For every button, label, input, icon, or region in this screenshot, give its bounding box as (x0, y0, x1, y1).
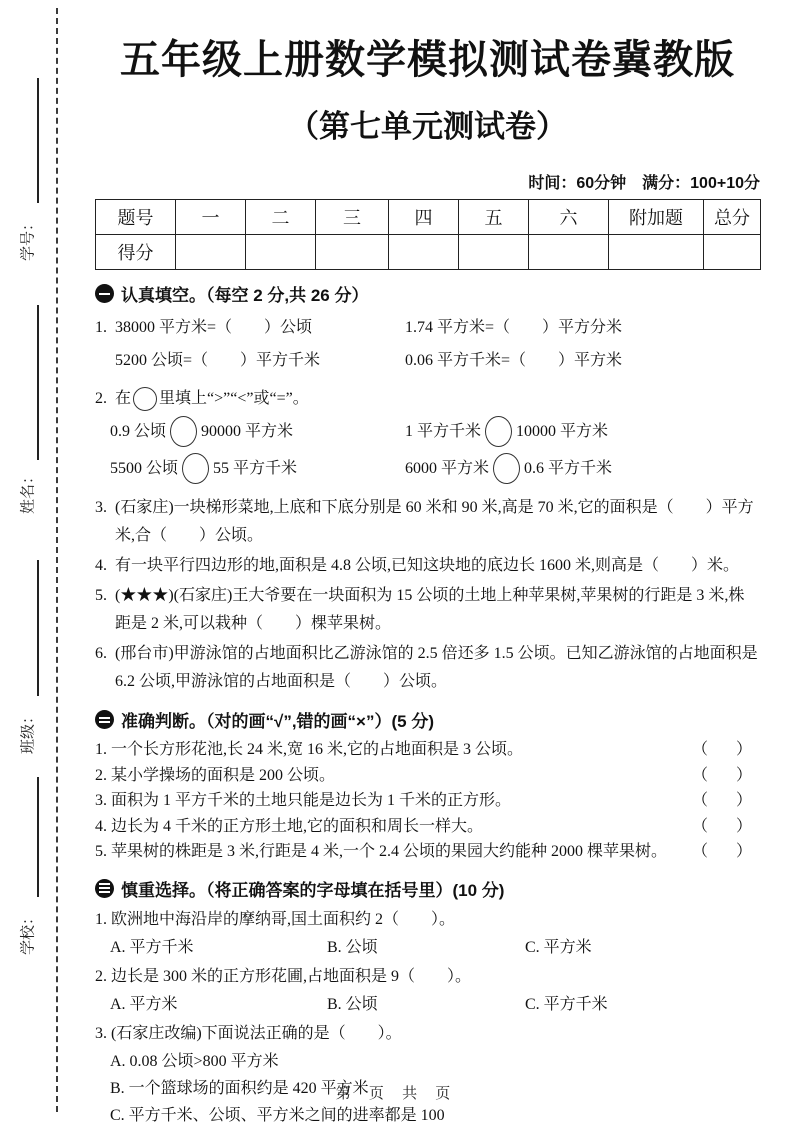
question-number: 4. (95, 552, 115, 580)
fill-q3: 3. (石家庄)一块梯形菜地,上底和下底分别是 60 米和 90 米,高是 70… (95, 494, 760, 550)
time-score-info: 时间：60分钟 满分：100+10分 (95, 170, 760, 193)
paper-subtitle: （第七单元测试卷） (95, 101, 760, 146)
score-header-cell: 题号 (96, 200, 176, 235)
score-cell (176, 235, 246, 270)
section-choice-header: 慎重选择。（将正确答案的字母填在括号里）(10 分) (95, 876, 760, 901)
choice-q1: 1. 欧洲地中海沿岸的摩纳哥,国土面积约 2（ ）。 (95, 906, 760, 934)
compare-circle-blank (485, 416, 512, 447)
compare-circle-blank (493, 453, 520, 484)
score-header-cell: 二 (246, 200, 316, 235)
circled-three-icon (95, 879, 114, 898)
question-text: (邢台市)甲游泳馆的占地面积比乙游泳馆的 2.5 倍还多 1.5 公顷。已知乙游… (115, 640, 760, 696)
option-b: B. 公顷 (327, 934, 525, 961)
option-b: B. 公顷 (327, 991, 525, 1018)
judge-text: 4. 边长为 4 千米的正方形土地,它的面积和周长一样大。 (95, 814, 483, 840)
fill-q4: 4. 有一块平行四边形的地,面积是 4.8 公顷,已知这块地的底边长 1600 … (95, 552, 760, 580)
judge-item: 5. 苹果树的株距是 3 米,行距是 4 米,一个 2.4 公顷的果园大约能种 … (95, 839, 760, 865)
compare-right: 90000 平方米 (201, 413, 293, 450)
option-c: C. 平方千米、公顷、平方米之间的进率都是 100 (95, 1102, 760, 1122)
page-footer: 第 页 共 页 (0, 1082, 793, 1103)
student-name-label: 姓名： (17, 455, 38, 529)
student-id-blank-line (37, 78, 39, 203)
compare-left: 5500 公顷 (110, 450, 178, 487)
question-text: 2. 边长是 300 米的正方形花圃,占地面积是 9（ ）。 (95, 963, 760, 991)
circled-two-icon (95, 710, 114, 729)
compare-circle-blank (133, 387, 157, 411)
class-blank-line (37, 560, 39, 696)
compare-item: 5500 公顷55 平方千米 (95, 450, 405, 487)
compare-item: 6000 平方米0.6 平方千米 (405, 450, 760, 487)
score-cell (316, 235, 389, 270)
section-fill-header: 认真填空。（每空 2 分,共 26 分） (95, 281, 760, 306)
school-label: 学校： (17, 896, 38, 970)
student-id-label: 学号： (17, 202, 38, 276)
judge-item: 4. 边长为 4 千米的正方形土地,它的面积和周长一样大。 （ ） (95, 814, 760, 840)
score-header-cell: 总分 (704, 200, 761, 235)
answer-bracket: （ ） (692, 763, 760, 789)
question-number: 1. (95, 311, 115, 344)
judge-text: 3. 面积为 1 平方千米的土地只能是边长为 1 千米的正方形。 (95, 788, 511, 814)
section-judge-title: 准确判断。（对的画“√”,错的画“×”）(5 分) (121, 707, 434, 732)
answer-bracket: （ ） (692, 788, 760, 814)
cut-dashed-line (56, 8, 58, 1112)
option-a: A. 平方千米 (110, 934, 327, 961)
option-a: A. 平方米 (110, 991, 327, 1018)
score-table: 题号 一 二 三 四 五 六 附加题 总分 得分 (95, 199, 761, 270)
score-cell (529, 235, 609, 270)
judge-item: 3. 面积为 1 平方千米的土地只能是边长为 1 千米的正方形。 （ ） (95, 788, 760, 814)
answer-bracket: （ ） (692, 839, 760, 865)
compare-right: 0.6 平方千米 (524, 450, 612, 487)
choice-q2-options: A. 平方米 B. 公顷 C. 平方千米 (95, 991, 760, 1018)
question-number: 6. (95, 640, 115, 696)
fill-q2-intro-pre: 在 (115, 390, 131, 407)
exam-paper-page: 学号： 姓名： 班级： 学校： 五年级上册数学模拟测试卷冀教版 （第七单元测试卷… (0, 0, 793, 1122)
fill-blank-text: 38000 平方米=（ ）公顷 (115, 311, 312, 344)
score-header-cell: 三 (316, 200, 389, 235)
compare-left: 6000 平方米 (405, 450, 489, 487)
class-label: 班级： (17, 695, 38, 769)
option-c: C. 平方米 (525, 934, 760, 961)
section-judge-header: 准确判断。（对的画“√”,错的画“×”）(5 分) (95, 707, 760, 732)
fill-blank-item: 1. 38000 平方米=（ ）公顷 (95, 311, 405, 344)
question-text: (石家庄)一块梯形菜地,上底和下底分别是 60 米和 90 米,高是 70 米,… (115, 494, 760, 550)
compare-right: 55 平方千米 (213, 450, 297, 487)
student-name-blank-line (37, 305, 39, 460)
fill-q2-intro-text: 在里填上“>”“<”或“=”。 (115, 385, 760, 413)
question-text: 1. 欧洲地中海沿岸的摩纳哥,国土面积约 2（ ）。 (95, 906, 760, 934)
circled-one-icon (95, 284, 114, 303)
compare-item: 1 平方千米10000 平方米 (405, 413, 760, 450)
paper-title: 五年级上册数学模拟测试卷冀教版 (95, 28, 760, 85)
fill-q2-intro-post: 里填上“>”“<”或“=”。 (159, 390, 309, 407)
answer-bracket: （ ） (692, 737, 760, 763)
score-header-cell: 四 (389, 200, 459, 235)
judge-item: 2. 某小学操场的面积是 200 公顷。 （ ） (95, 763, 760, 789)
score-cell (459, 235, 529, 270)
compare-circle-blank (182, 453, 209, 484)
question-text: (★★★)(石家庄)王大爷要在一块面积为 15 公顷的土地上种苹果树,苹果树的行… (115, 582, 760, 638)
score-cell (609, 235, 704, 270)
choice-q3: 3. (石家庄改编)下面说法正确的是（ ）。 (95, 1020, 760, 1048)
score-header-cell: 附加题 (609, 200, 704, 235)
score-header-cell: 六 (529, 200, 609, 235)
score-header-cell: 一 (176, 200, 246, 235)
score-cell (704, 235, 761, 270)
score-table-value-row: 得分 (96, 235, 761, 270)
score-header-cell: 五 (459, 200, 529, 235)
answer-bracket: （ ） (692, 814, 760, 840)
option-c: C. 平方千米 (525, 991, 760, 1018)
question-number: 3. (95, 494, 115, 550)
fill-q6: 6. (邢台市)甲游泳馆的占地面积比乙游泳馆的 2.5 倍还多 1.5 公顷。已… (95, 640, 760, 696)
question-number: 5. (95, 582, 115, 638)
fill-blank-item: 1.74 平方米=（ ）平方分米 (405, 311, 760, 344)
paper-content: 五年级上册数学模拟测试卷冀教版 （第七单元测试卷） 时间：60分钟 满分：100… (95, 0, 760, 1122)
choice-q1-options: A. 平方千米 B. 公顷 C. 平方米 (95, 934, 760, 961)
score-table-header-row: 题号 一 二 三 四 五 六 附加题 总分 (96, 200, 761, 235)
fill-blank-item: 0.06 平方千米=（ ）平方米 (405, 344, 760, 377)
score-cell (389, 235, 459, 270)
fill-q5: 5. (★★★)(石家庄)王大爷要在一块面积为 15 公顷的土地上种苹果树,苹果… (95, 582, 760, 638)
school-blank-line (37, 777, 39, 897)
question-text: 有一块平行四边形的地,面积是 4.8 公顷,已知这块地的底边长 1600 米,则… (115, 552, 760, 580)
fill-q2-intro: 2. 在里填上“>”“<”或“=”。 (95, 385, 760, 413)
judge-text: 2. 某小学操场的面积是 200 公顷。 (95, 763, 335, 789)
judge-text: 1. 一个长方形花池,长 24 米,宽 16 米,它的占地面积是 3 公顷。 (95, 737, 523, 763)
fill-blank-item: 5200 公顷=（ ）平方千米 (95, 344, 405, 377)
compare-item: 0.9 公顷90000 平方米 (95, 413, 405, 450)
section-fill-title: 认真填空。（每空 2 分,共 26 分） (121, 281, 368, 306)
question-number: 2. (95, 385, 115, 413)
choice-q2: 2. 边长是 300 米的正方形花圃,占地面积是 9（ ）。 (95, 963, 760, 991)
question-text: 3. (石家庄改编)下面说法正确的是（ ）。 (95, 1020, 760, 1048)
score-row-label: 得分 (96, 235, 176, 270)
compare-circle-blank (170, 416, 197, 447)
judge-text: 5. 苹果树的株距是 3 米,行距是 4 米,一个 2.4 公顷的果园大约能种 … (95, 839, 667, 865)
compare-left: 1 平方千米 (405, 413, 481, 450)
compare-left: 0.9 公顷 (110, 413, 166, 450)
fill-q1: 1. 38000 平方米=（ ）公顷 1.74 平方米=（ ）平方分米 5200… (95, 311, 760, 377)
fill-q2-pairs: 0.9 公顷90000 平方米 1 平方千米10000 平方米 5500 公顷5… (95, 413, 760, 487)
score-cell (246, 235, 316, 270)
compare-right: 10000 平方米 (516, 413, 608, 450)
option-a: A. 0.08 公顷>800 平方米 (95, 1048, 760, 1075)
judge-item: 1. 一个长方形花池,长 24 米,宽 16 米,它的占地面积是 3 公顷。 （… (95, 737, 760, 763)
section-choice-title: 慎重选择。（将正确答案的字母填在括号里）(10 分) (121, 876, 504, 901)
